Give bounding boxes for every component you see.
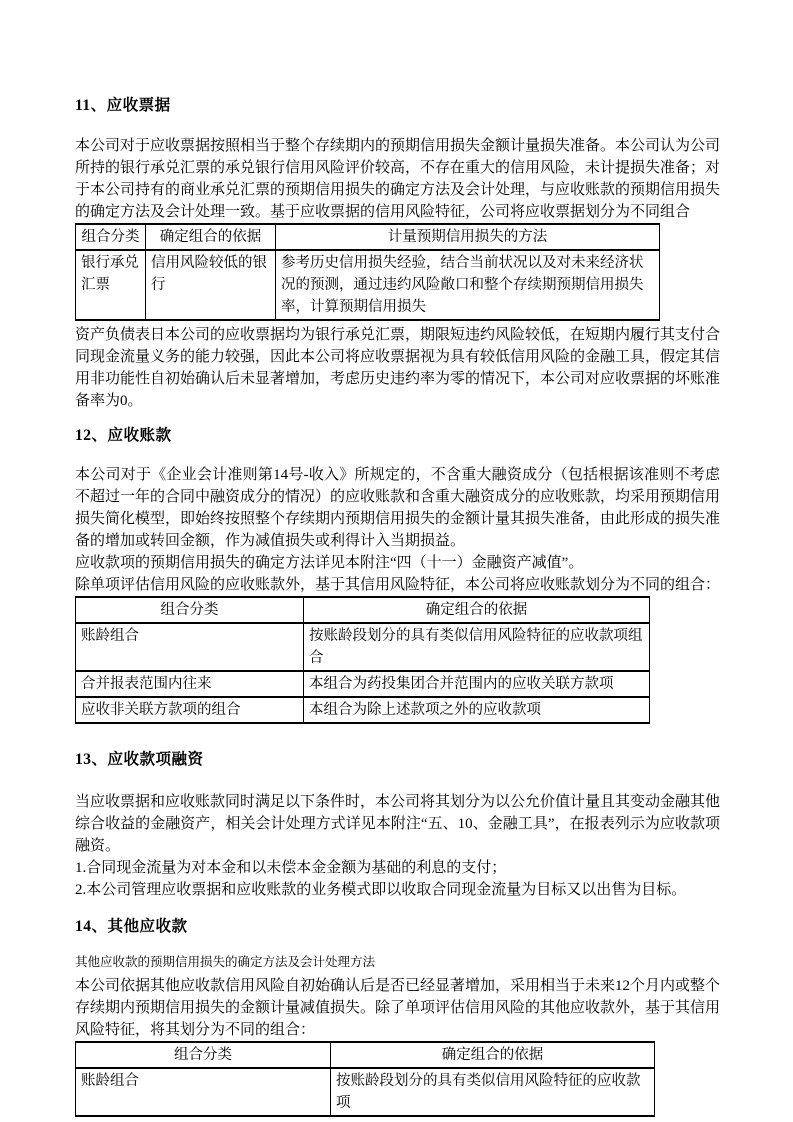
table-cell: 按账龄段划分的具有类似信用风险特征的应收款项组合 [304,623,650,671]
section-12-line-1: 应收款项的预期信用损失的确定方法详见本附注“四（十一）金融资产减值”。 [75,552,720,574]
section-accounts-receivable: 12、应收账款 本公司对于《企业会计准则第14号-收入》所规定的，不含重大融资成… [75,426,720,724]
section-receivables-financing: 13、应收款项融资 当应收票据和应收账款同时满足以下条件时，本公司将其划分为以公… [75,750,720,901]
section-other-receivables: 14、其他应收款 其他应收款的预期信用损失的确定方法及会计处理方法 本公司依据其… [75,917,720,1117]
section-14-subtitle: 其他应收款的预期信用损失的确定方法及会计处理方法 [75,953,720,971]
section-12-line-2: 除单项评估信用风险的应收账款外，基于其信用风险特征，本公司将应收账款划分为不同的… [75,574,720,596]
table-header-row: 组合分类 确定组合的依据 [76,1042,655,1068]
table-row: 应收非关联方款项的组合 本组合为除上述款项之外的应收款项 [76,697,650,723]
table-cell: 信用风险较低的银行 [146,250,276,320]
table-row: 合并报表范围内往来 本组合为药投集团合并范围内的应收关联方款项 [76,671,650,697]
table-header-cell: 组合分类 [76,1042,331,1068]
table-header-cell: 计量预期信用损失的方法 [276,224,660,250]
notes-receivable-portfolio-table: 组合分类 确定组合的依据 计量预期信用损失的方法 银行承兑汇票 信用风险较低的银… [75,223,660,321]
table-cell: 账龄组合 [76,623,304,671]
section-11-heading: 11、应收票据 [75,96,720,116]
section-11-paragraph-1: 本公司对于应收票据按照相当于整个存续期内的预期信用损失金额计量损失准备。本公司认… [75,135,720,223]
table-cell: 本组合为除上述款项之外的应收款项 [304,697,650,723]
section-notes-receivable: 11、应收票据 本公司对于应收票据按照相当于整个存续期内的预期信用损失金额计量损… [75,96,720,412]
table-cell: 本组合为药投集团合并范围内的应收关联方款项 [304,671,650,697]
document-page: 11、应收票据 本公司对于应收票据按照相当于整个存续期内的预期信用损失金额计量损… [0,0,793,1122]
table-cell: 参考历史信用损失经验，结合当前状况以及对未来经济状况的预测，通过违约风险敞口和整… [276,250,660,320]
table-cell: 应收非关联方款项的组合 [76,697,304,723]
section-13-paragraph-1: 当应收票据和应收账款同时满足以下条件时，本公司将其划分为以公允价值计量且其变动金… [75,791,720,857]
table-cell: 按账龄段划分的具有类似信用风险特征的应收款项 [331,1068,655,1116]
table-cell: 账龄组合 [76,1068,331,1116]
section-13-item-2: 2.本公司管理应收票据和应收账款的业务模式即以收取合同现金流量为目标又以出售为目… [75,879,720,901]
section-12-paragraph-1: 本公司对于《企业会计准则第14号-收入》所规定的，不含重大融资成分（包括根据该准… [75,464,720,552]
other-receivables-portfolio-table: 组合分类 确定组合的依据 账龄组合 按账龄段划分的具有类似信用风险特征的应收款项 [75,1041,655,1117]
table-cell: 合并报表范围内往来 [76,671,304,697]
section-12-heading: 12、应收账款 [75,426,720,446]
section-13-heading: 13、应收款项融资 [75,750,720,770]
table-header-row: 组合分类 确定组合的依据 [76,597,650,623]
table-header-cell: 组合分类 [76,224,146,250]
table-cell: 银行承兑汇票 [76,250,146,320]
section-13-item-1: 1.合同现金流量为对本金和以未偿本金金额为基础的利息的支付； [75,857,720,879]
table-header-cell: 组合分类 [76,597,304,623]
table-header-cell: 确定组合的依据 [146,224,276,250]
table-header-cell: 确定组合的依据 [331,1042,655,1068]
accounts-receivable-portfolio-table: 组合分类 确定组合的依据 账龄组合 按账龄段划分的具有类似信用风险特征的应收款项… [75,596,650,724]
table-header-row: 组合分类 确定组合的依据 计量预期信用损失的方法 [76,224,660,250]
table-row: 银行承兑汇票 信用风险较低的银行 参考历史信用损失经验，结合当前状况以及对未来经… [76,250,660,320]
table-row: 账龄组合 按账龄段划分的具有类似信用风险特征的应收款项组合 [76,623,650,671]
section-11-paragraph-2: 资产负债表日本公司的应收票据均为银行承兑汇票，期限短违约风险较低，在短期内履行其… [75,324,720,412]
section-14-heading: 14、其他应收款 [75,917,720,937]
table-row: 账龄组合 按账龄段划分的具有类似信用风险特征的应收款项 [76,1068,655,1116]
table-header-cell: 确定组合的依据 [304,597,650,623]
section-14-paragraph-1: 本公司依据其他应收款信用风险自初始确认后是否已经显著增加，采用相当于未来12个月… [75,975,720,1041]
